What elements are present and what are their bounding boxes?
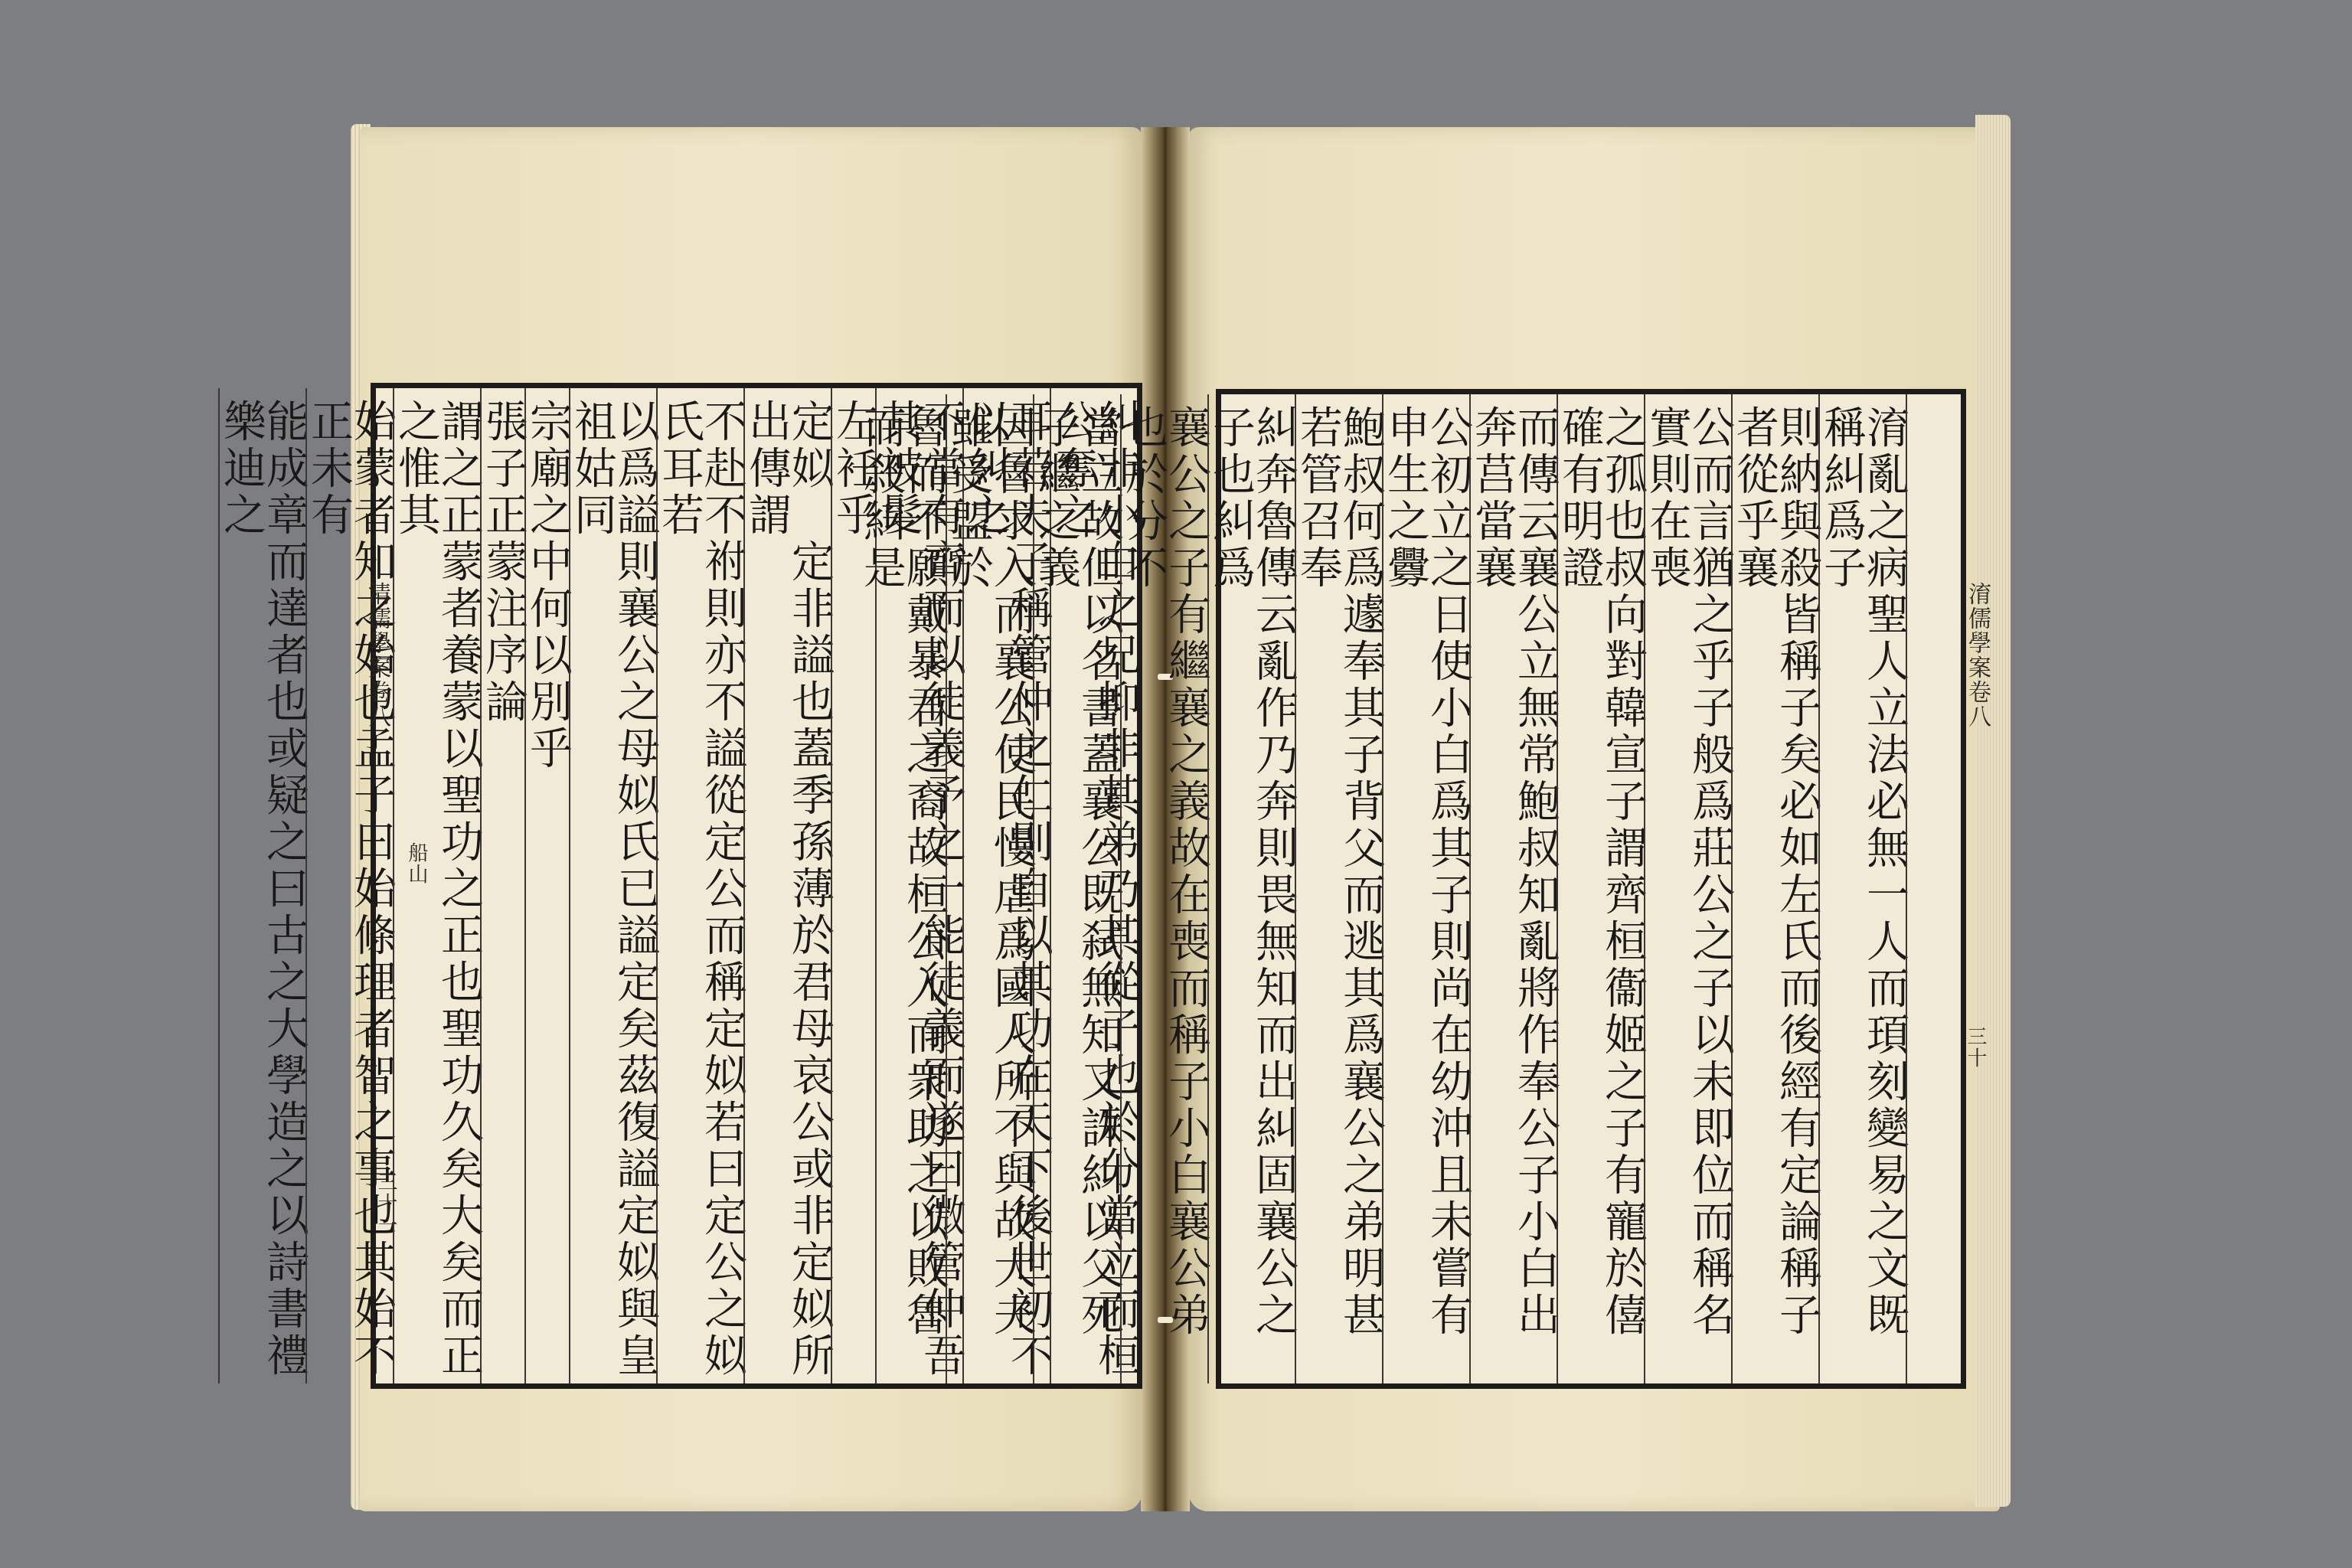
text-column: 糾奔魯傳云亂作乃奔則畏無知而出糾固襄公之子也糾爲: [1207, 394, 1295, 1383]
left-margin-sublabel: 船山: [403, 842, 431, 885]
right-text-frame: 淯亂之病聖人立法必無一人而頊刻變易之文既稱糾爲子 則納與殺皆稱子矣必如左氏而後經…: [1216, 389, 1966, 1389]
text-column: 淯亂之病聖人立法必無一人而頊刻變易之文既稱糾爲子: [1818, 394, 1906, 1383]
text-column: 之孤也叔向對韓宣子謂齊桓衞姬之子有寵於僖確有明證: [1557, 394, 1644, 1383]
text-column: 不赴不祔則亦不謚從定公而稱定姒若曰定公之姒氏耳若: [656, 388, 743, 1383]
text-column: 以爲謚則襄公之母姒氏已謚定矣茲復謚定姒與皇祖姑同: [569, 388, 656, 1383]
section-title-column: 張子正蒙注序論: [480, 388, 524, 1383]
text-column: 因魯求入而襄公使民慢虐爲國人所不與故大夫雖受盟於: [946, 394, 1033, 1383]
text-column: 而傳云襄公立無常鮑叔知亂將作奉公子小白出奔莒當襄: [1469, 394, 1557, 1383]
text-column: 襄公之子有繼襄之義故在喪而稱子小白襄公弟也於分不: [1120, 394, 1207, 1383]
right-page-number: 三十: [1962, 1026, 1990, 1069]
text-column: 魯而不願戴暴君之裔故桓公入而衆助之以敗魯而殺糾是: [860, 394, 946, 1383]
left-fish-tail-label: 清儒學案卷八: [360, 582, 394, 729]
text-column: 宗廟之中何以別乎: [524, 388, 569, 1383]
text-column: 公而言猶之乎子般爲莊公之子以未即位而稱名實則在喪: [1644, 394, 1731, 1383]
text-column: 謂之正蒙者養蒙以聖功之正也聖功久矣大矣而正之惟其: [393, 388, 480, 1383]
text-column: 能成章而達者也或疑之曰古之大學造之以詩書禮樂迪之: [218, 388, 305, 1383]
text-column: 鮑叔何爲遽奉其子背父而逃其爲襄公之弟明甚若管召奉: [1295, 394, 1382, 1383]
text-column: 則納與殺皆稱子矣必如左氏而後經有定論稱子者從乎襄: [1731, 394, 1818, 1383]
text-column: 公初立之日使小白爲其子則尚在幼沖且未嘗有申生之釁: [1382, 394, 1469, 1383]
left-margin-column: [163, 388, 218, 1383]
left-page-number: 三十一: [372, 1171, 400, 1236]
right-fish-tail-label: 淯儒學案卷八: [1960, 582, 1994, 729]
right-page-edges: [1975, 115, 2011, 1507]
text-column: 當立故但以名書蓋襄公既弑無知又誅糾以父死子繼之義: [1033, 394, 1120, 1383]
right-text-columns: 淯亂之病聖人立法必無一人而頊刻變易之文既稱糾爲子 則納與殺皆稱子矣必如左氏而後經…: [1221, 394, 1961, 1383]
text-column: 定姒 定非謚也蓋季孫薄於君母哀公或非定姒所出傳謂: [743, 388, 831, 1383]
right-margin-column: [1906, 394, 1961, 1383]
